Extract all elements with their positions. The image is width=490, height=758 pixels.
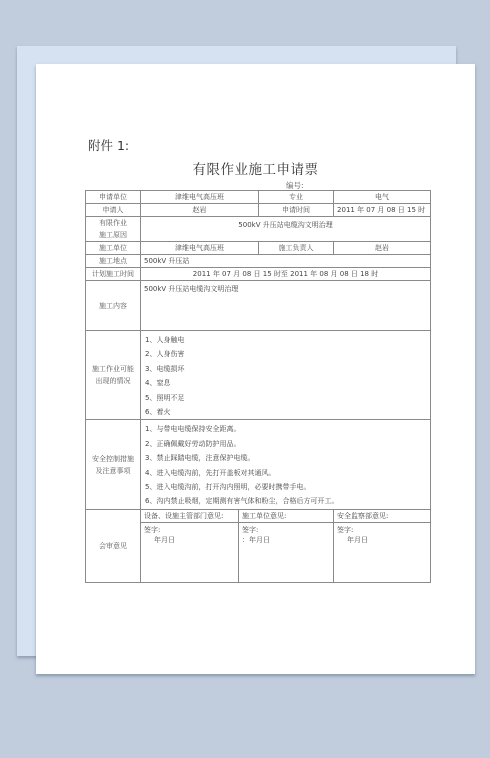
- planned-time-label: 计划施工时间: [86, 268, 141, 281]
- reason-label-line1: 有限作业: [89, 217, 137, 229]
- safety-measures-label: 安全控制措施 及注意事项: [86, 420, 141, 509]
- location-label: 施工地点: [86, 255, 141, 268]
- construction-unit-value: 津维电气高压班: [141, 242, 259, 255]
- row-planned-time: 计划施工时间 2011 年 07 月 08 日 15 时至 2011 年 08 …: [86, 268, 431, 281]
- content-label: 施工内容: [86, 281, 141, 331]
- apply-time-value: 2011 年 07 月 08 日 15 时: [334, 204, 431, 217]
- row-content: 施工内容 500kV 升压站电缆沟文明治理: [86, 281, 431, 331]
- row-applicant-unit: 申请单位 津维电气高压班 专业 电气: [86, 191, 431, 204]
- hazard-item: 4、窒息: [144, 376, 427, 390]
- hazard-item: 3、电缆损坏: [144, 362, 427, 376]
- row-review-headers: 会审意见 设备、设施主管部门意见: 施工单位意见: 安全监察部意见:: [86, 509, 431, 522]
- hazard-item: 6、着火: [144, 405, 427, 419]
- date-label: 年月日: [144, 535, 235, 545]
- content-value: 500kV 升压站电缆沟文明治理: [141, 281, 431, 331]
- row-construction-unit: 施工单位 津维电气高压班 施工负责人 赵岩: [86, 242, 431, 255]
- specialty-label: 专业: [259, 191, 334, 204]
- review-header-safety-dept: 安全监察部意见:: [334, 509, 431, 522]
- attachment-label: 附件 1:: [88, 136, 129, 154]
- specialty-value: 电气: [334, 191, 431, 204]
- signature-box-equipment-dept[interactable]: 签字: 年月日: [141, 522, 239, 582]
- reason-label: 有限作业 施工原因: [86, 217, 141, 242]
- review-label: 会审意见: [86, 509, 141, 582]
- reason-value: 500kV 升压站电缆沟文明治理: [141, 217, 431, 242]
- document-page: 附件 1: 有限作业施工申请票 编号: 申请单位 津维电气高压班 专业 电气 申…: [36, 64, 475, 674]
- safety-measures-list: 1、与带电电缆保持安全距离。 2、正确佩戴好劳动防护用品。 3、禁止踩踏电缆，注…: [141, 420, 431, 509]
- hazards-label-line1: 施工作业可能: [89, 363, 137, 375]
- review-header-equipment-dept: 设备、设施主管部门意见:: [141, 509, 239, 522]
- location-value: 500kV 升压站: [141, 255, 431, 268]
- document-title: 有限作业施工申请票: [36, 158, 475, 178]
- applicant-unit-label: 申请单位: [86, 191, 141, 204]
- safety-label-line2: 及注意事项: [89, 465, 137, 477]
- safety-label-line1: 安全控制措施: [89, 453, 137, 465]
- row-safety-measures: 安全控制措施 及注意事项 1、与带电电缆保持安全距离。 2、正确佩戴好劳动防护用…: [86, 420, 431, 509]
- hazards-list: 1、人身触电 2、人身伤害 3、电缆损坏 4、窒息 5、照明不足 6、着火: [141, 331, 431, 420]
- date-label: ：年月日: [242, 535, 330, 545]
- safety-item: 5、进入电缆沟前，打开沟内照明，必要时携带手电。: [144, 480, 427, 494]
- person-in-charge-label: 施工负责人: [259, 242, 334, 255]
- planned-time-value: 2011 年 07 月 08 日 15 时至 2011 年 08 月 08 日 …: [141, 268, 431, 281]
- row-location: 施工地点 500kV 升压站: [86, 255, 431, 268]
- signature-label: 签字:: [242, 525, 330, 535]
- review-header-construction-unit: 施工单位意见:: [239, 509, 334, 522]
- signature-label: 签字:: [337, 525, 427, 535]
- hazard-item: 5、照明不足: [144, 391, 427, 405]
- row-applicant: 申请人 赵岩 申请时间 2011 年 07 月 08 日 15 时: [86, 204, 431, 217]
- applicant-value: 赵岩: [141, 204, 259, 217]
- safety-item: 6、沟内禁止吸烟，定期测有害气体和粉尘，合格后方可开工。: [144, 494, 427, 508]
- hazards-label: 施工作业可能 出现的情况: [86, 331, 141, 420]
- safety-item: 1、与带电电缆保持安全距离。: [144, 422, 427, 436]
- safety-item: 2、正确佩戴好劳动防护用品。: [144, 437, 427, 451]
- application-form-table: 申请单位 津维电气高压班 专业 电气 申请人 赵岩 申请时间 2011 年 07…: [85, 190, 431, 583]
- reason-label-line2: 施工原因: [89, 229, 137, 241]
- signature-label: 签字:: [144, 525, 235, 535]
- hazard-item: 1、人身触电: [144, 333, 427, 347]
- hazards-label-line2: 出现的情况: [89, 375, 137, 387]
- row-reason: 有限作业 施工原因 500kV 升压站电缆沟文明治理: [86, 217, 431, 242]
- safety-item: 3、禁止踩踏电缆，注意保护电缆。: [144, 451, 427, 465]
- row-hazards: 施工作业可能 出现的情况 1、人身触电 2、人身伤害 3、电缆损坏 4、窒息 5…: [86, 331, 431, 420]
- signature-box-construction-unit[interactable]: 签字: ：年月日: [239, 522, 334, 582]
- applicant-label: 申请人: [86, 204, 141, 217]
- construction-unit-label: 施工单位: [86, 242, 141, 255]
- signature-box-safety-dept[interactable]: 签字: 年月日: [334, 522, 431, 582]
- applicant-unit-value: 津维电气高压班: [141, 191, 259, 204]
- safety-item: 4、进入电缆沟前，先打开盖板对其通风。: [144, 466, 427, 480]
- apply-time-label: 申请时间: [259, 204, 334, 217]
- person-in-charge-value: 赵岩: [334, 242, 431, 255]
- hazard-item: 2、人身伤害: [144, 347, 427, 361]
- date-label: 年月日: [337, 535, 427, 545]
